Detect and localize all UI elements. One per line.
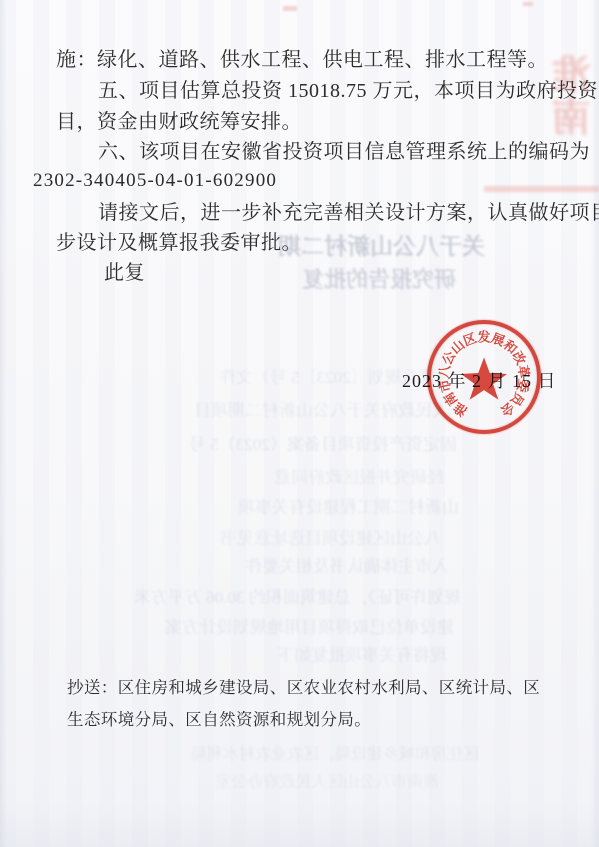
bleedthrough-tick	[523, 2, 533, 6]
body-line: 目，资金由财政统筹安排。	[56, 110, 302, 134]
bleedthrough-body-line: 规划许可证》，总建筑面积约 30.06 万平方米	[134, 583, 461, 608]
cc-line: 生态环境分局、区自然资源和规划分局。	[67, 706, 371, 730]
scan-shadow-band	[0, 801, 599, 847]
body-line: 步设计及概算报我委审批。	[56, 231, 302, 255]
bleedthrough-title-line: 研究报告的批复	[302, 263, 456, 294]
official-seal-stamp: 淮南市八公山区发展和改革委员会	[427, 320, 541, 434]
bleedthrough-body-line: 经研究并报区政府同意	[274, 463, 444, 488]
bleedthrough-red-rule	[484, 186, 599, 192]
body-line: 六、该项目在安徽省投资项目信息管理系统上的编码为	[98, 140, 590, 164]
bleedthrough-body-line: 固定资产投资项目备案（2023）5 号	[189, 430, 457, 455]
bleedthrough-body-line: 现将有关事项批复如下	[277, 641, 447, 666]
body-line: 五、项目估算总投资 15018.75 万元，本项目为政府投资项	[98, 79, 599, 103]
closing-phrase: 此复	[104, 261, 145, 285]
bleedthrough-body-line: 人民政府关于八公山新村二期项目	[194, 396, 449, 421]
bleedthrough-body-line: 山新村二期工程建设有关事项	[238, 493, 459, 518]
bleedthrough-body-line: 建设单位已取得项目用地规划设计方案	[165, 613, 454, 638]
bleedthrough-footer-line: 区住房和城乡建设局、区农业农村水利局	[191, 741, 479, 764]
project-code: 2302-340405-04-01-602900	[33, 170, 277, 193]
seal-arc-char: 发	[477, 327, 490, 346]
bleedthrough-body-line: 八公山区建设项目选址意见书	[220, 524, 441, 549]
scanned-document-page: 淮南关于八公山新村二期研究报告的批复（淮八规划〔2023〕5 号）文件人民政府关…	[0, 0, 599, 847]
bleedthrough-body-line: 入市主体确认书及相关要件	[245, 552, 449, 577]
bleedthrough-title-line: 关于八公山新村二期	[278, 228, 485, 261]
body-line: 请接文后，进一步补充完善相关设计方案，认真做好项目初	[98, 201, 599, 225]
seal-arc-char: 革	[514, 364, 535, 379]
body-line: 施：绿化、道路、供水工程、供电工程、排水工程等。	[56, 48, 548, 72]
bleedthrough-tick	[283, 6, 297, 11]
bleedthrough-footer-line: 淮南市八公山区人民政府办公室	[215, 769, 439, 792]
cc-line: 抄送：区住房和城乡建设局、区农业农村水利局、区统计局、区	[67, 674, 540, 698]
